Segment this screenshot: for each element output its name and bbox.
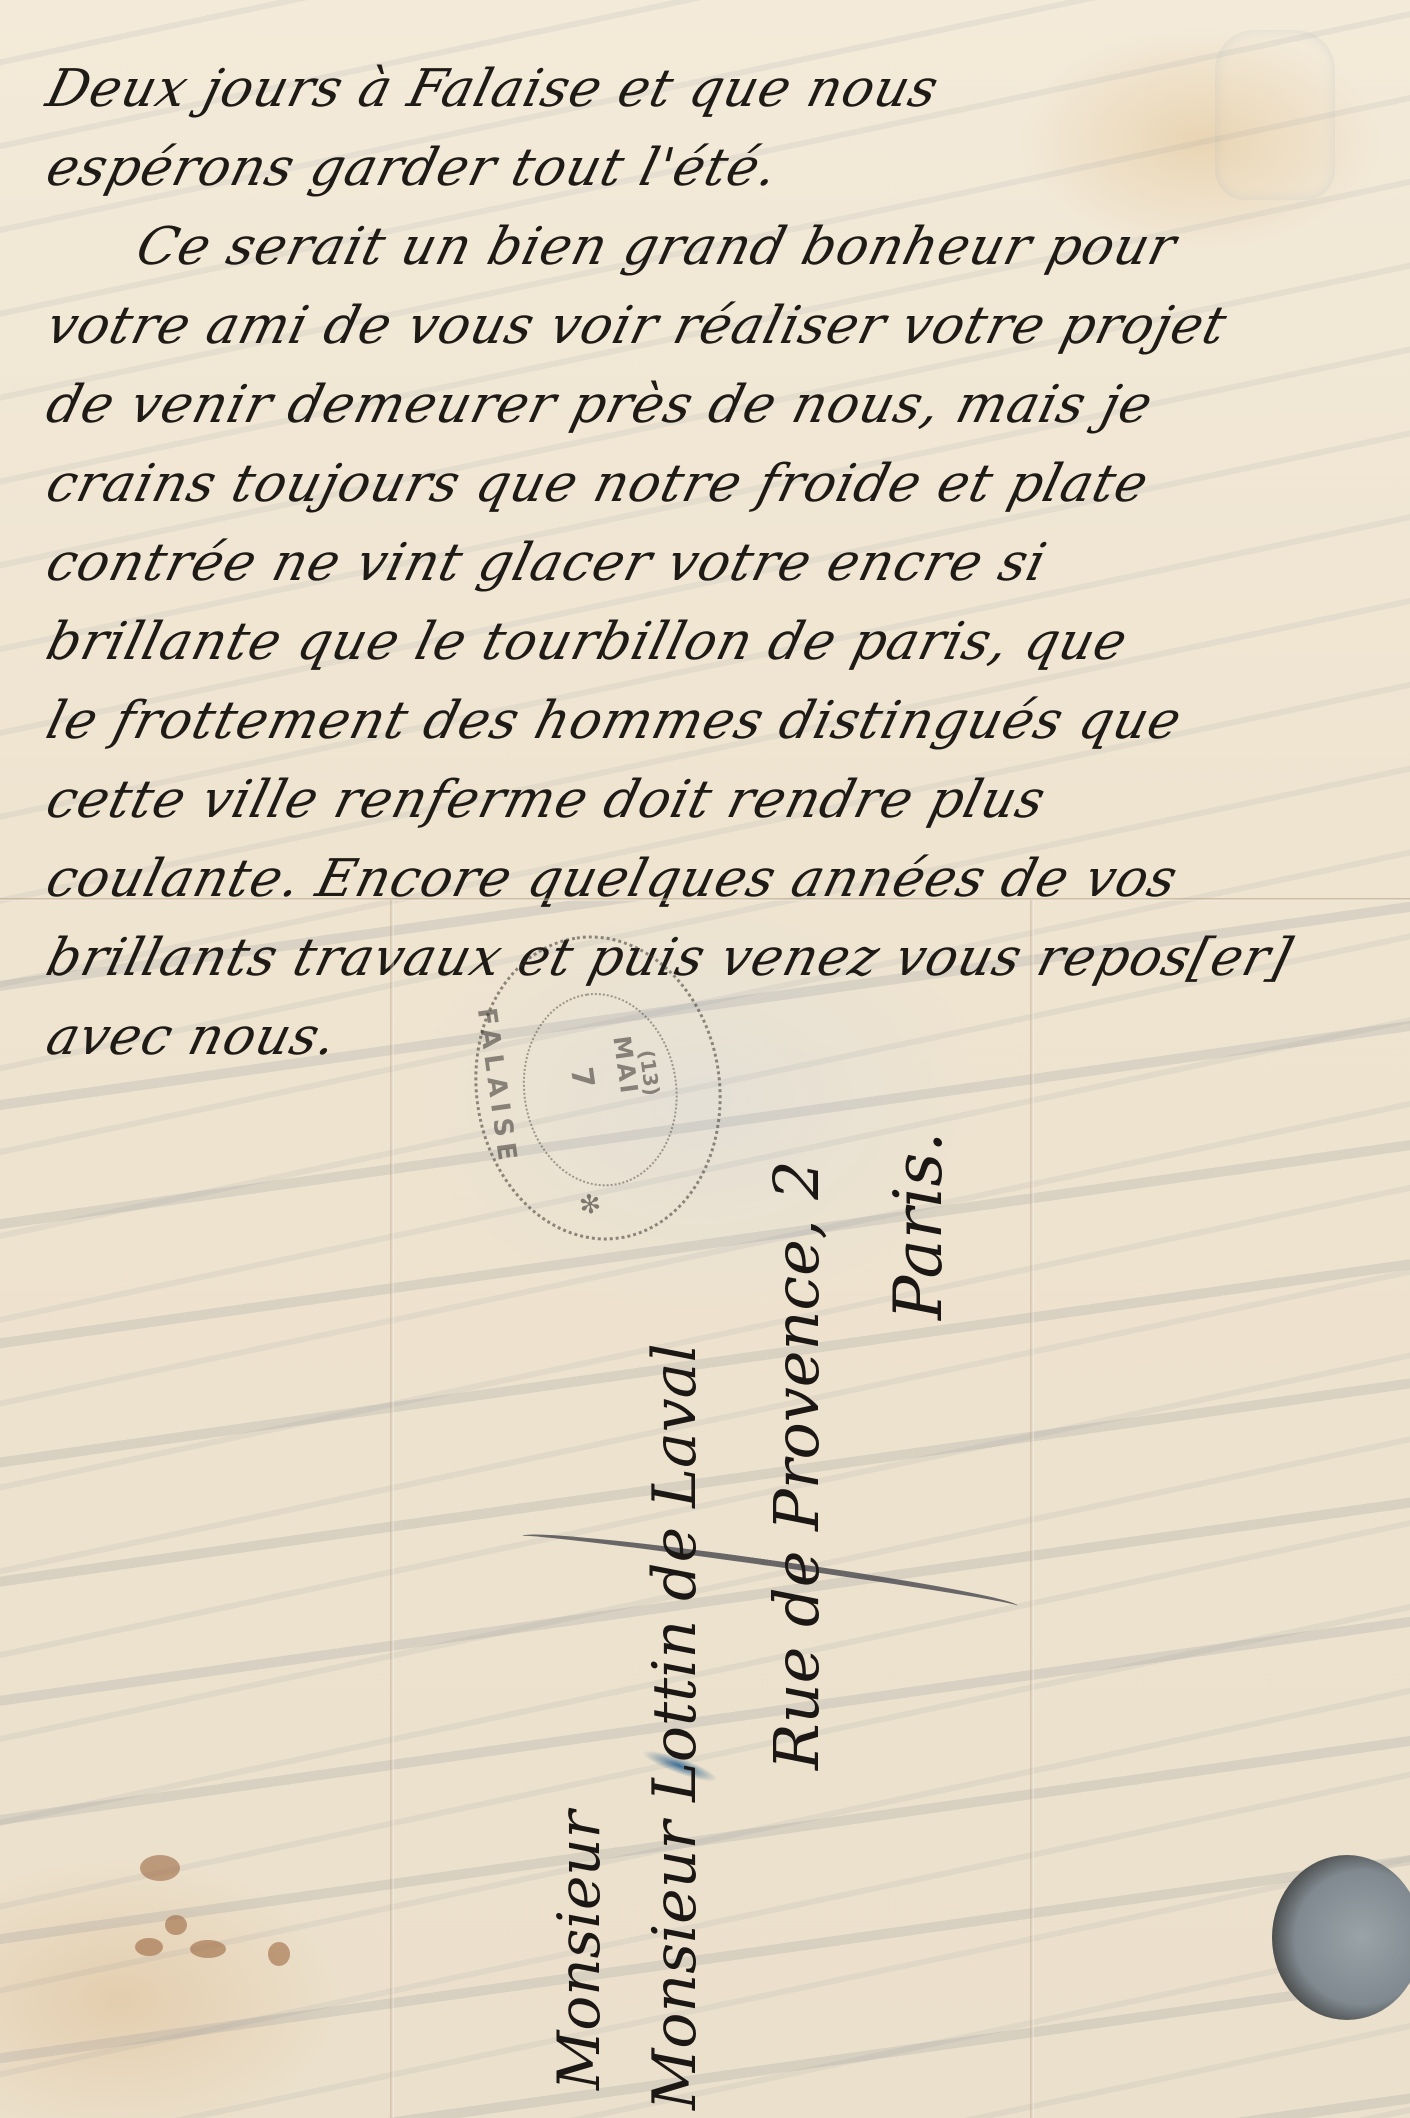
letter-line: Ce serait un bien grand bonheur pour	[38, 208, 1410, 287]
letter-line: coulante. Encore quelques années de vos	[38, 840, 1410, 919]
letter-line: espérons garder tout l'été.	[38, 129, 1410, 208]
letter-line: avec nous.	[38, 998, 1410, 1077]
letter-line: cette ville renferme doit rendre plus	[38, 761, 1410, 840]
letter-line: crains toujours que notre froide et plat…	[38, 445, 1410, 524]
ink-stain	[140, 1855, 180, 1881]
letter-line: de venir demeurer près de nous, mais je	[38, 366, 1410, 445]
postmark-star-icon: ✻	[577, 1189, 603, 1222]
address-salutation: Monsieur	[545, 1811, 613, 2090]
address-recipient: Monsieur Lottin de Laval	[640, 1343, 710, 2110]
ink-stain	[165, 1915, 187, 1935]
ink-stain	[268, 1942, 290, 1966]
letter-line: brillants travaux et puis venez vous rep…	[38, 919, 1410, 998]
letter-line: brillante que le tourbillon de paris, qu…	[38, 603, 1410, 682]
letter-body: Deux jours à Falaise et que nous espéron…	[38, 50, 1408, 1077]
wax-seal-remnant	[1272, 1855, 1410, 2020]
vertical-fold-line-right	[1030, 900, 1034, 2118]
address-city: Paris.	[880, 1132, 957, 1320]
letter-line: Deux jours à Falaise et que nous	[38, 50, 1410, 129]
letter-line: contrée ne vint glacer votre encre si	[38, 524, 1410, 603]
horizontal-fold-line	[0, 898, 1410, 901]
postmark-town: FALAISE	[471, 1006, 523, 1168]
address-street: Rue de Provence, 2	[760, 1160, 833, 1770]
letter-line: le frottement des hommes distingués que	[38, 682, 1410, 761]
ink-stain	[190, 1940, 226, 1958]
letter-line: votre ami de vous voir réaliser votre pr…	[38, 287, 1410, 366]
letter-sheet: Deux jours à Falaise et que nous espéron…	[0, 0, 1410, 2118]
vertical-fold-line-left	[390, 900, 394, 2118]
ink-stain	[135, 1938, 163, 1956]
